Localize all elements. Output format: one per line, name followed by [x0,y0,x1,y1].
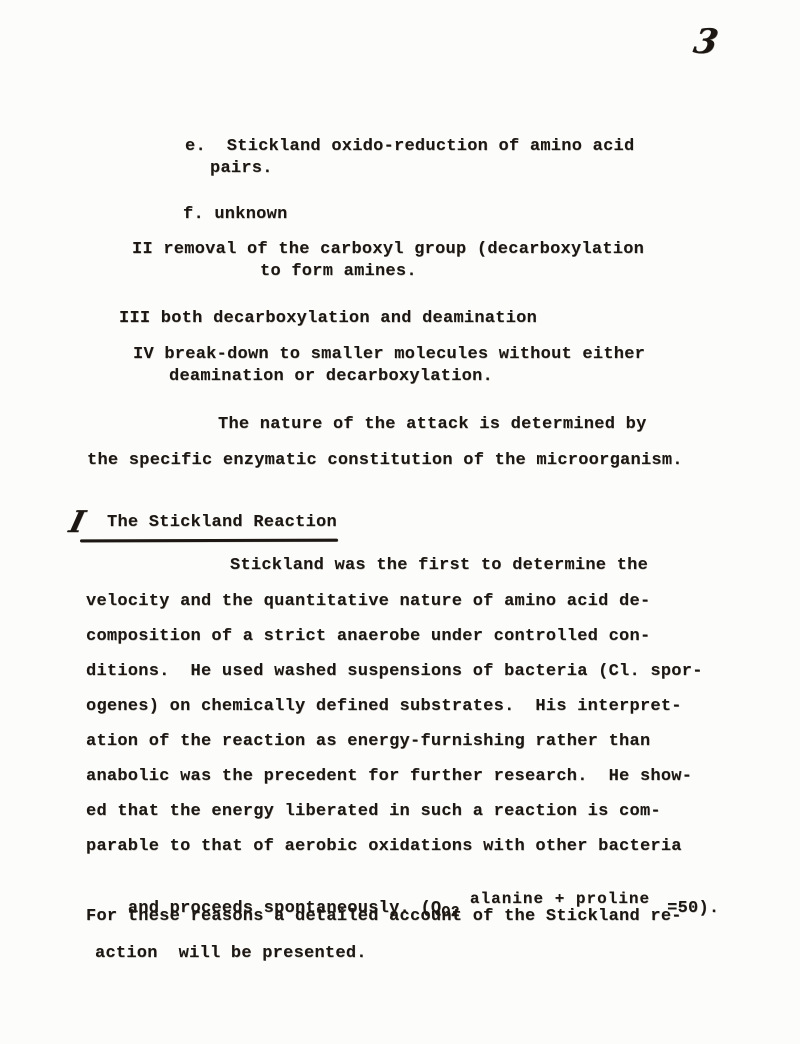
text-line: to form amines. [260,261,417,283]
text-line: e. Stickland oxido-reduction of amino ac… [185,136,634,158]
text-line: The nature of the attack is determined b… [218,414,647,436]
heading-underline [80,539,338,543]
text-line: ed that the energy liberated in such a r… [86,801,661,823]
page-number: 3 [691,22,722,63]
text-line: Stickland was the first to determine the [230,555,648,577]
formula-suffix: =50). [667,899,719,918]
text-line: anabolic was the precedent for further r… [86,766,692,788]
text-line: parable to that of aerobic oxidations wi… [86,836,682,858]
section-title: The Stickland Reaction [107,513,337,532]
formula-superscript: alanine + proline [470,890,650,908]
formula-subscript: O2 [441,904,460,921]
text-line: ditions. He used washed suspensions of b… [86,661,703,683]
formula-prefix: and proceeds spontaneously. (Q [128,899,442,918]
text-line: ogenes) on chemically defined substrates… [86,696,682,718]
text-line: deamination or decarboxylation. [169,366,493,388]
text-line: ation of the reaction as energy-furnishi… [86,731,650,753]
document-page: 3 e. Stickland oxido-reduction of amino … [0,0,800,1044]
text-line: III both decarboxylation and deamination [119,308,537,330]
text-line: f. unknown [183,204,288,226]
text-line: composition of a strict anaerobe under c… [86,626,650,648]
text-line: IV break-down to smaller molecules witho… [133,344,645,366]
formula-line: and proceeds spontaneously. (QO2alanine … [86,871,719,940]
section-numeral: I [66,505,89,540]
text-line: II removal of the carboxyl group (decarb… [132,239,644,261]
text-line: velocity and the quantitative nature of … [86,591,650,613]
text-line: pairs. [210,158,273,180]
text-line: the specific enzymatic constitution of t… [87,450,683,472]
text-line: action will be presented. [95,943,367,965]
